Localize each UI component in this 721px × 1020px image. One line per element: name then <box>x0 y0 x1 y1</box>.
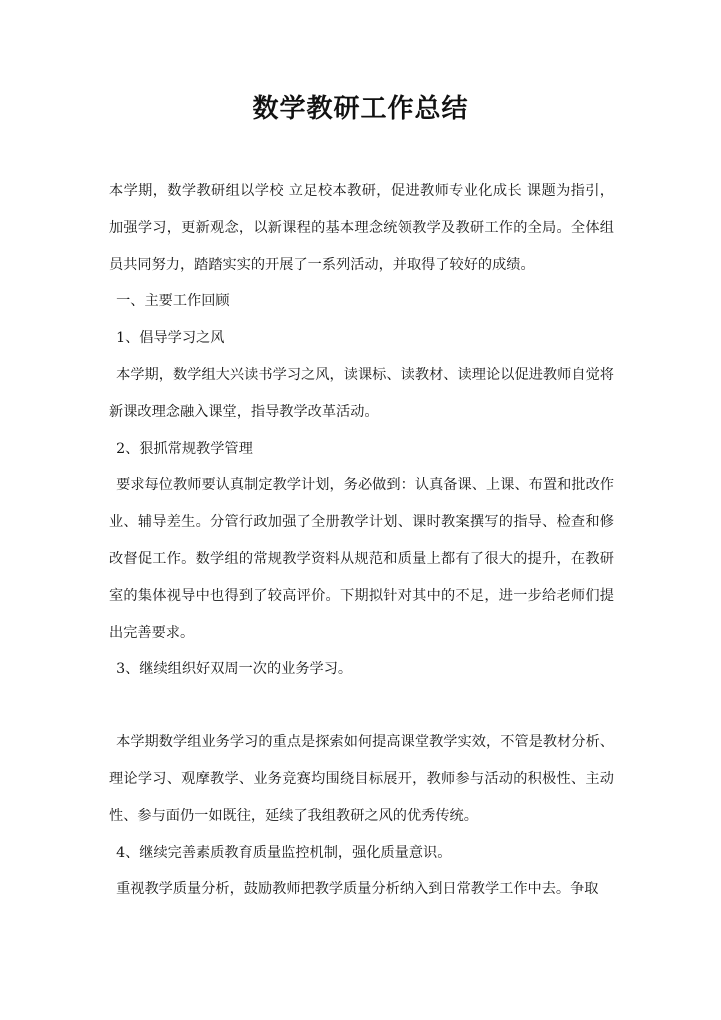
document-page: 数学教研工作总结 本学期，数学教研组以学校 立足校本教研，促进教师专业化成长 课… <box>0 0 721 1020</box>
section-heading-review: 一、主要工作回顾 <box>109 283 614 320</box>
subheading-1: 1、倡导学习之风 <box>109 320 614 357</box>
intro-paragraph: 本学期，数学教研组以学校 立足校本教研，促进教师专业化成长 课题为指引，加强学习… <box>109 173 614 283</box>
subheading-3: 3、继续组织好双周一次的业务学习。 <box>109 651 614 688</box>
subheading-4: 4、继续完善素质教育质量监控机制，强化质量意识。 <box>109 835 614 872</box>
subheading-2: 2、狠抓常规教学管理 <box>109 431 614 468</box>
paragraph-4: 重视教学质量分析，鼓励教师把教学质量分析纳入到日常教学工作中去。争取 <box>109 871 614 908</box>
paragraph-1: 本学期，数学组大兴读书学习之风，读课标、读教材、读理论以促进教师自觉将新课改理念… <box>109 357 614 431</box>
paragraph-2: 要求每位教师要认真制定教学计划，务必做到：认真备课、上课、布置和批改作业、辅导差… <box>109 467 614 651</box>
document-title: 数学教研工作总结 <box>0 88 721 125</box>
blank-line <box>109 688 614 724</box>
document-body: 本学期，数学教研组以学校 立足校本教研，促进教师专业化成长 课题为指引，加强学习… <box>109 173 614 908</box>
paragraph-3: 本学期数学组业务学习的重点是探索如何提高课堂教学实效，不管是教材分析、理论学习、… <box>109 724 614 834</box>
